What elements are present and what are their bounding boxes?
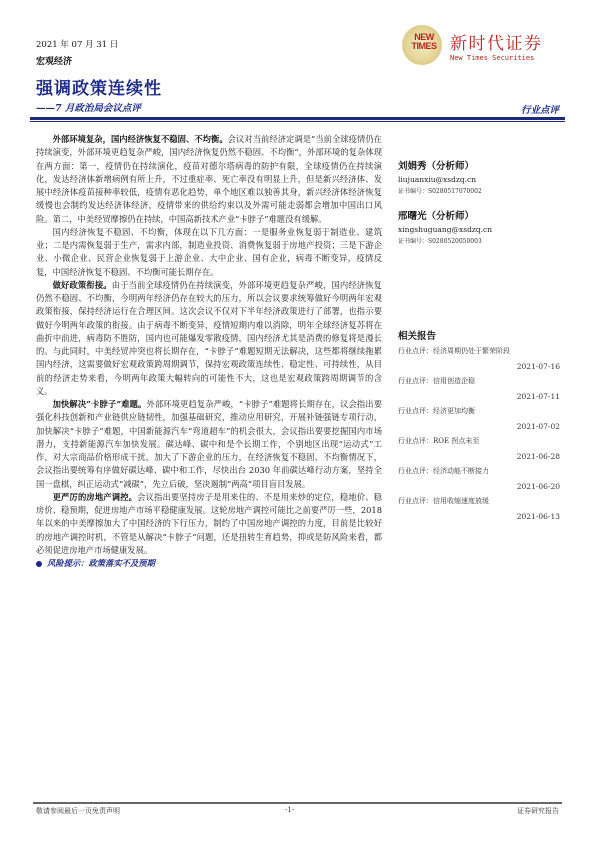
paragraph-lead: 加快解决“卡脖子”难题。 — [53, 399, 147, 409]
paragraph-external-environment: 外部环境复杂，国内经济恢复不稳固、不均衡。会议对当前经济定调是“当前全球疫情仍在… — [36, 133, 382, 226]
brand-logo-icon: NEW TIMES — [400, 24, 448, 66]
analyst-panel: 刘娟秀（分析师） liujuanxiu@xsdzq.cn 证书编号：S02805… — [398, 160, 568, 260]
page-number: -1- — [285, 806, 294, 814]
risk-warning: 风险提示：政策落实不及预期 — [36, 557, 382, 570]
header-divider — [30, 117, 565, 120]
report-body: 外部环境复杂，国内经济恢复不稳固、不均衡。会议对当前经济定调是“当前全球疫情仍在… — [36, 133, 382, 570]
paragraph-text: 国内经济恢复不稳固、不均衡，体现在以下几方面：一是服务业恢复弱于制造业、建筑业；… — [36, 227, 382, 277]
related-report-label: 行业点评：经济更加均衡 — [398, 404, 560, 419]
related-reports-title: 相关报告 — [398, 330, 560, 344]
analyst-card: 刘娟秀（分析师） liujuanxiu@xsdzq.cn 证书编号：S02805… — [398, 160, 568, 197]
paragraph-lead: 更严厉的房地产调控。 — [53, 492, 138, 502]
report-type: 行业点评 — [521, 102, 559, 116]
related-report-date: 2021-07-02 — [398, 419, 560, 434]
report-date: 2021 年 07 月 31 日 — [36, 38, 118, 50]
analyst-name: 邢曙光（分析师） — [398, 210, 568, 224]
related-report-label: 行业点评：经济周期仍处于繁荣阶段 — [398, 344, 560, 359]
analyst-card: 邢曙光（分析师） xingshuguang@xsdzq.cn 证书编号：S028… — [398, 210, 568, 247]
related-report-item[interactable]: 行业点评：经济更加均衡 2021-07-02 — [398, 404, 560, 434]
analyst-cert-number: 证书编号：S0280517070002 — [398, 186, 568, 197]
paragraph-lead: 外部环境复杂，国内经济恢复不稳固、不均衡。 — [53, 134, 228, 144]
related-report-label: 行业点评：经济动能不断接力 — [398, 464, 560, 479]
related-report-date: 2021-06-28 — [398, 449, 560, 464]
related-report-item[interactable]: 行业点评：信用收缩速度放缓 2021-06-13 — [398, 494, 560, 524]
analyst-email[interactable]: xingshuguang@xsdzq.cn — [398, 224, 568, 236]
related-report-item[interactable]: 行业点评：经济周期仍处于繁荣阶段 2021-07-16 — [398, 344, 560, 374]
footer-report-label: 证券研究报告 — [517, 806, 559, 816]
related-report-label: 行业点评：信用创造企稳 — [398, 374, 560, 389]
brand-name-en: New Times Securities — [450, 54, 534, 62]
logo-text: NEW TIMES — [400, 33, 448, 51]
analyst-email[interactable]: liujuanxiu@xsdzq.cn — [398, 174, 568, 186]
paragraph-text: 由于当前全球疫情仍在持续演变，外部环境更趋复杂严峻，国内经济恢复仍然不稳固、不均… — [36, 280, 382, 396]
paragraph-policy-coordination: 做好政策衔接。由于当前全球疫情仍在持续演变，外部环境更趋复杂严峻，国内经济恢复仍… — [36, 279, 382, 398]
report-title: 强调政策连续性 — [36, 74, 162, 99]
bullet-icon — [36, 561, 42, 567]
report-subtitle: ——7 月政治局会议点评 — [36, 100, 141, 114]
logo-text-line2: TIMES — [400, 42, 448, 51]
report-category: 宏观经济 — [36, 54, 72, 67]
related-report-label: 行业点评：ROE 拐点未至 — [398, 434, 560, 449]
analyst-name: 刘娟秀（分析师） — [398, 160, 568, 174]
paragraph-lead: 做好政策衔接。 — [53, 280, 112, 290]
paragraph-domestic-recovery: 国内经济恢复不稳固、不均衡，体现在以下几方面：一是服务业恢复弱于制造业、建筑业；… — [36, 226, 382, 279]
footer-divider — [33, 802, 562, 804]
header-divider-thin — [30, 121, 565, 122]
related-report-date: 2021-06-20 — [398, 479, 560, 494]
paragraph-text: 会议对当前经济定调是“当前全球疫情仍在持续演变，外部环境更趋复杂严峻，国内经济恢… — [36, 134, 382, 224]
brand-name-cn: 新时代证券 — [450, 29, 543, 54]
related-report-item[interactable]: 行业点评：经济动能不断接力 2021-06-20 — [398, 464, 560, 494]
analyst-cert-number: 证书编号：S0280520050003 — [398, 236, 568, 247]
related-report-date: 2021-07-16 — [398, 359, 560, 374]
related-reports: 相关报告 行业点评：经济周期仍处于繁荣阶段 2021-07-16 行业点评：信用… — [398, 330, 560, 524]
related-report-item[interactable]: 行业点评：ROE 拐点未至 2021-06-28 — [398, 434, 560, 464]
related-report-date: 2021-07-11 — [398, 389, 560, 404]
paragraph-text: 外部环境更趋复杂严峻，“卡脖子”难题将长期存在，议会指出要强化科技创新和产业链供… — [36, 399, 382, 489]
footer-disclaimer: 敬请参阅最后一页免责声明 — [36, 806, 120, 816]
related-report-date: 2021-06-13 — [398, 509, 560, 524]
paragraph-bottleneck-technology: 加快解决“卡脖子”难题。外部环境更趋复杂严峻，“卡脖子”难题将长期存在，议会指出… — [36, 398, 382, 491]
paragraph-real-estate: 更严厉的房地产调控。会议指出要坚持房子是用来住的、不是用来炒的定位，稳地价、稳房… — [36, 491, 382, 557]
related-report-item[interactable]: 行业点评：信用创造企稳 2021-07-11 — [398, 374, 560, 404]
related-report-label: 行业点评：信用收缩速度放缓 — [398, 494, 560, 509]
risk-warning-text: 风险提示：政策落实不及预期 — [47, 558, 155, 568]
